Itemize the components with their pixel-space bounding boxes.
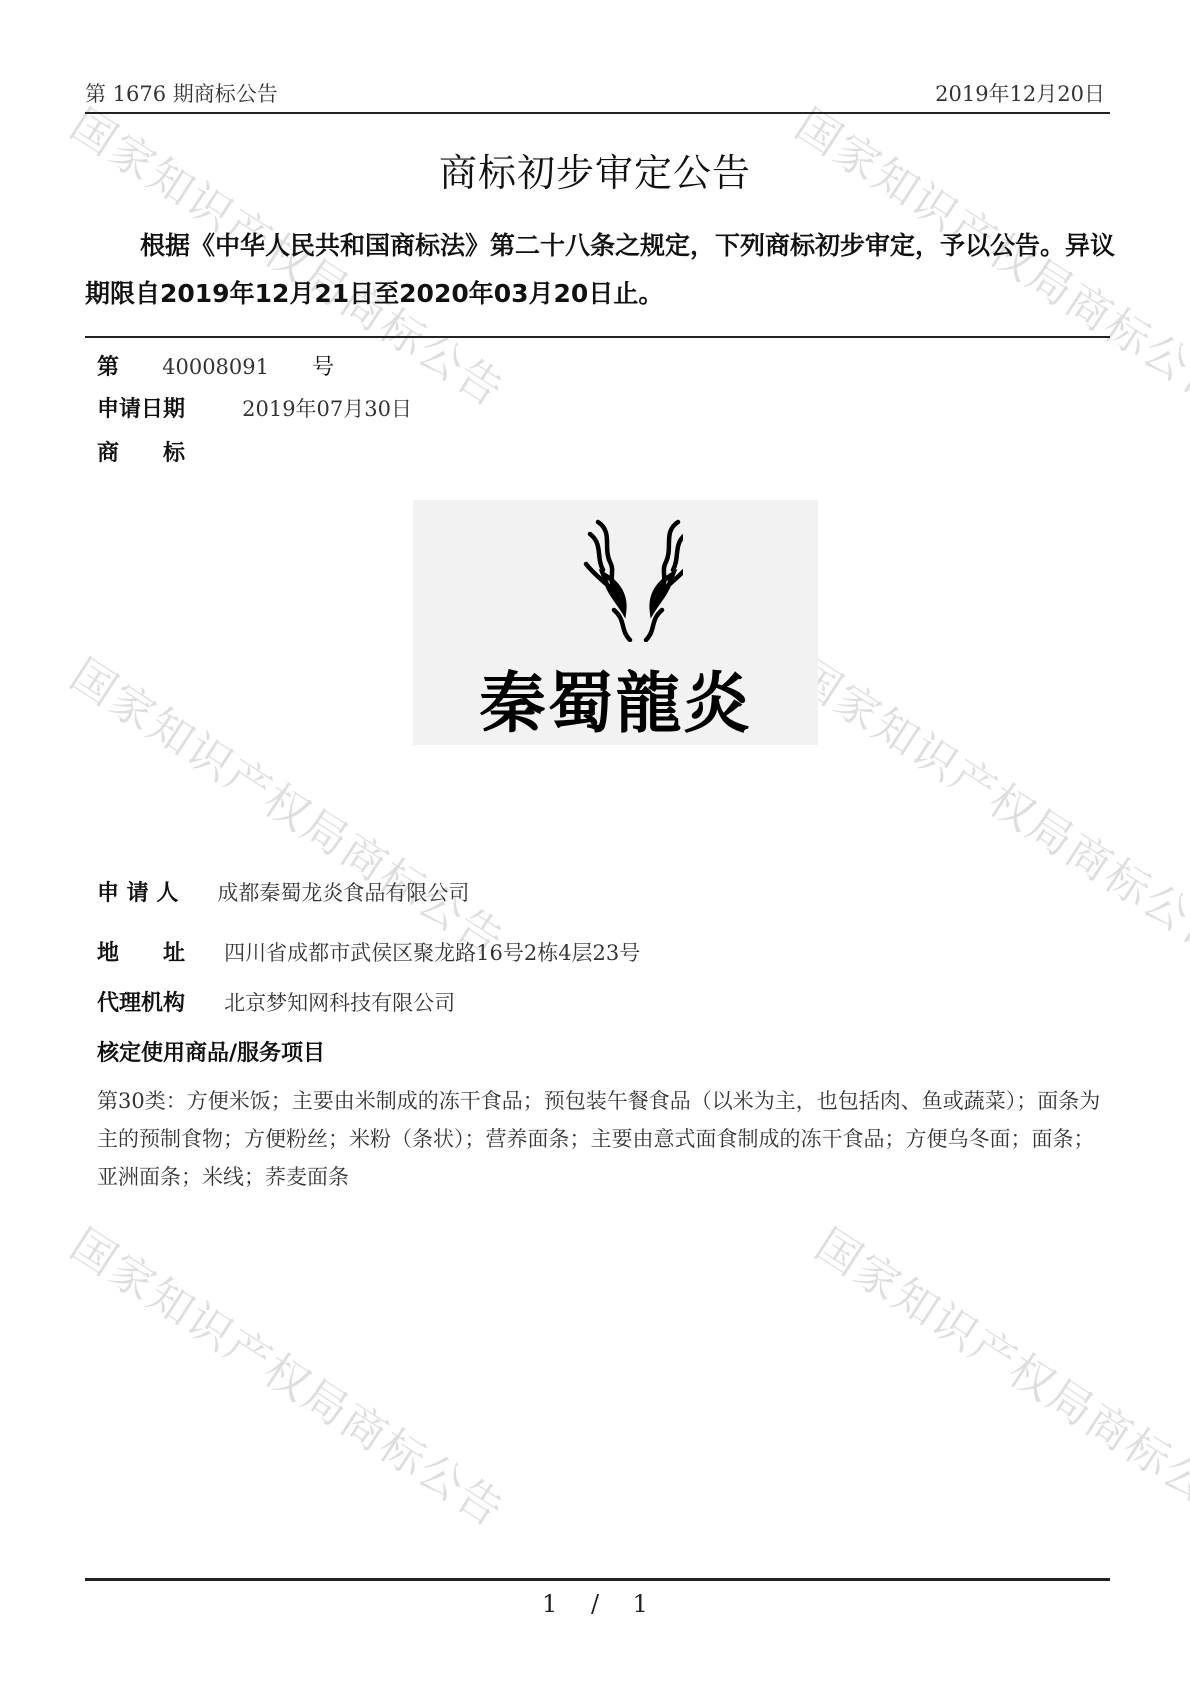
address-label: 地 址	[97, 941, 185, 966]
trademark-label: 商 标	[97, 441, 185, 466]
antler-icon	[548, 512, 683, 642]
goods-label: 核定使用商品/服务项目	[97, 1041, 325, 1066]
publication-date: 2019年12月20日	[935, 78, 1105, 108]
intro-paragraph: 根据《中华人民共和国商标法》第二十八条之规定，下列商标初步审定，予以公告。异议期…	[85, 222, 1115, 318]
applicant-row: 申 请 人 成都秦蜀龙炎食品有限公司	[97, 876, 469, 907]
address-row: 地 址 四川省成都市武侯区聚龙路16号2栋4层23号	[97, 936, 640, 967]
number-prefix: 第	[97, 355, 119, 380]
address-value: 四川省成都市武侯区聚龙路16号2栋4层23号	[224, 941, 640, 965]
registration-number: 40008091	[162, 355, 269, 379]
trademark-row: 商 标	[97, 436, 185, 467]
footer-rule	[85, 1578, 1110, 1581]
registration-number-row: 第 40008091 号	[97, 350, 334, 381]
trademark-wordmark: 秦蜀龍炎	[413, 650, 818, 745]
agent-row: 代理机构 北京梦知网科技有限公司	[97, 986, 455, 1017]
application-date-row: 申请日期 2019年07月30日	[97, 392, 412, 423]
applicant-name: 成都秦蜀龙炎食品有限公司	[217, 881, 469, 905]
page-title: 商标初步审定公告	[0, 142, 1190, 197]
watermark: 国家知识产权局商标公告	[805, 1210, 1190, 1539]
number-suffix: 号	[312, 355, 334, 380]
watermark: 国家知识产权局商标公告	[785, 640, 1190, 969]
goods-list: 第30类：方便米饭；主要由米制成的冻干食品；预包装午餐食品（以米为主，也包括肉、…	[97, 1082, 1107, 1196]
page-indicator: 1 / 1	[0, 1590, 1190, 1618]
watermark: 国家知识产权局商标公告	[60, 1210, 519, 1539]
goods-heading-row: 核定使用商品/服务项目	[97, 1036, 325, 1067]
agent-label: 代理机构	[97, 991, 185, 1016]
header-rule	[85, 112, 1110, 114]
issue-number: 第 1676 期商标公告	[85, 78, 278, 108]
trademark-image: 秦蜀龍炎	[413, 500, 818, 745]
application-date-label: 申请日期	[97, 397, 185, 422]
application-date: 2019年07月30日	[242, 397, 412, 421]
section-rule	[85, 336, 1110, 338]
agent-name: 北京梦知网科技有限公司	[224, 991, 455, 1015]
applicant-label: 申 请 人	[97, 881, 178, 906]
